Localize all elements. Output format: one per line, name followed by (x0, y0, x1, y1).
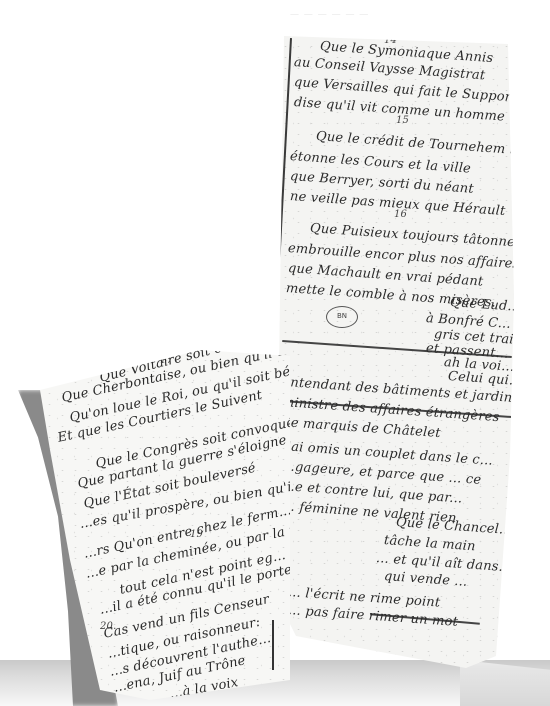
stanza-number: 16 (394, 206, 407, 224)
stanza-number: 14 (384, 32, 397, 50)
library-stamp: BN (326, 306, 358, 328)
stanza-number: 15 (396, 112, 409, 130)
manuscript-photo: — — — — — — BN Que le Symoniaque Annis 1… (0, 0, 550, 706)
right-manuscript-page: BN Que le Symoniaque Annis 14 au Conseil… (276, 36, 516, 676)
faint-header: — — — — — — (290, 10, 430, 22)
